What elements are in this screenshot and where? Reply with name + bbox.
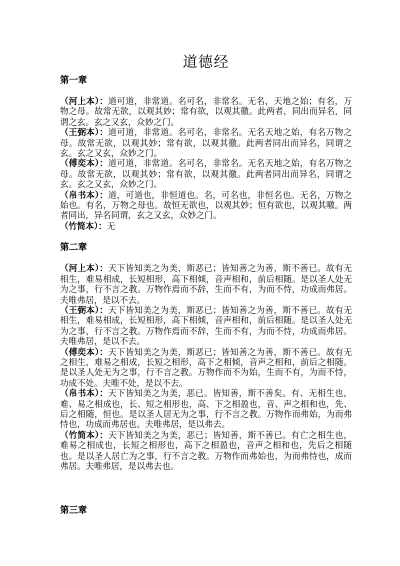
- version-paragraph: （傅奕本）：天下皆知美之为美，斯恶已；皆知善之为善，斯不善已。故有无之相生，难易…: [60, 347, 352, 389]
- chapter-section-2: 第二章 （河上本）：天下皆知美之为美，斯恶已；皆知善之为善，斯不善已。故有无相生…: [60, 242, 352, 471]
- version-paragraph: （竹简本）：天下皆知美之为美，恶已；皆知善，斯不善已。有亡之相生也，难易之相成也…: [60, 430, 352, 472]
- version-paragraph: （王弼本）：天下皆知美之为美，斯恶已；皆知善之为善，斯不善已。故有无相生，难易相…: [60, 305, 352, 347]
- version-paragraph: （河上本）：天下皆知美之为美，斯恶已；皆知善之为善，斯不善已。故有无相生，难易相…: [60, 263, 352, 305]
- version-label: （河上本）：: [60, 263, 108, 273]
- version-paragraph: （帛书本）：天下皆知美之为美，恶已。皆知善，斯不善矣。有、无相生也，难、易之相成…: [60, 388, 352, 430]
- version-paragraph: （王弼本）：道可道，非常道。名可名，非常名。无名天地之始，有名万物之母。故常无欲…: [60, 127, 352, 158]
- version-label: （傅奕本）：: [60, 347, 108, 357]
- version-label: （王弼本）：: [60, 305, 108, 315]
- version-label: （傅奕本）：: [60, 158, 108, 168]
- chapter-section-3: 第三章: [60, 505, 352, 516]
- version-paragraph: （帛书本）：道，可道也，非恒道也。名，可名也，非恒名也。无名，万物之始也。有名，…: [60, 190, 352, 221]
- version-text: 无: [107, 221, 116, 231]
- version-paragraph: （傅奕本）：道可道，非常道。名可名，非常名。无名天地之始，有名万物之母。故常无欲…: [60, 158, 352, 189]
- version-label: （帛书本）：: [60, 190, 108, 200]
- chapter-heading-3: 第三章: [60, 505, 352, 516]
- chapter-section-1: 第一章 （河上本）：道可道，非常道。名可名，非常名。无名，天地之始；有名，万物之…: [60, 75, 352, 231]
- version-label: （帛书本）：: [60, 388, 108, 398]
- chapter-heading-1: 第一章: [60, 75, 352, 86]
- version-label: （河上本）：: [60, 96, 108, 106]
- version-label: （竹简本）：: [60, 221, 107, 231]
- document-page: 道德经 第一章 （河上本）：道可道，非常道。名可名，非常名。无名，天地之始；有名…: [0, 0, 400, 566]
- version-paragraph: （竹简本）：无: [60, 221, 352, 231]
- version-label: （竹简本）：: [60, 430, 108, 440]
- version-label: （王弼本）：: [60, 127, 108, 137]
- document-title: 道德经: [60, 54, 352, 72]
- version-paragraph: （河上本）：道可道，非常道。名可名，非常名。无名，天地之始；有名，万物之母。故常…: [60, 96, 352, 127]
- chapter-heading-2: 第二章: [60, 242, 352, 253]
